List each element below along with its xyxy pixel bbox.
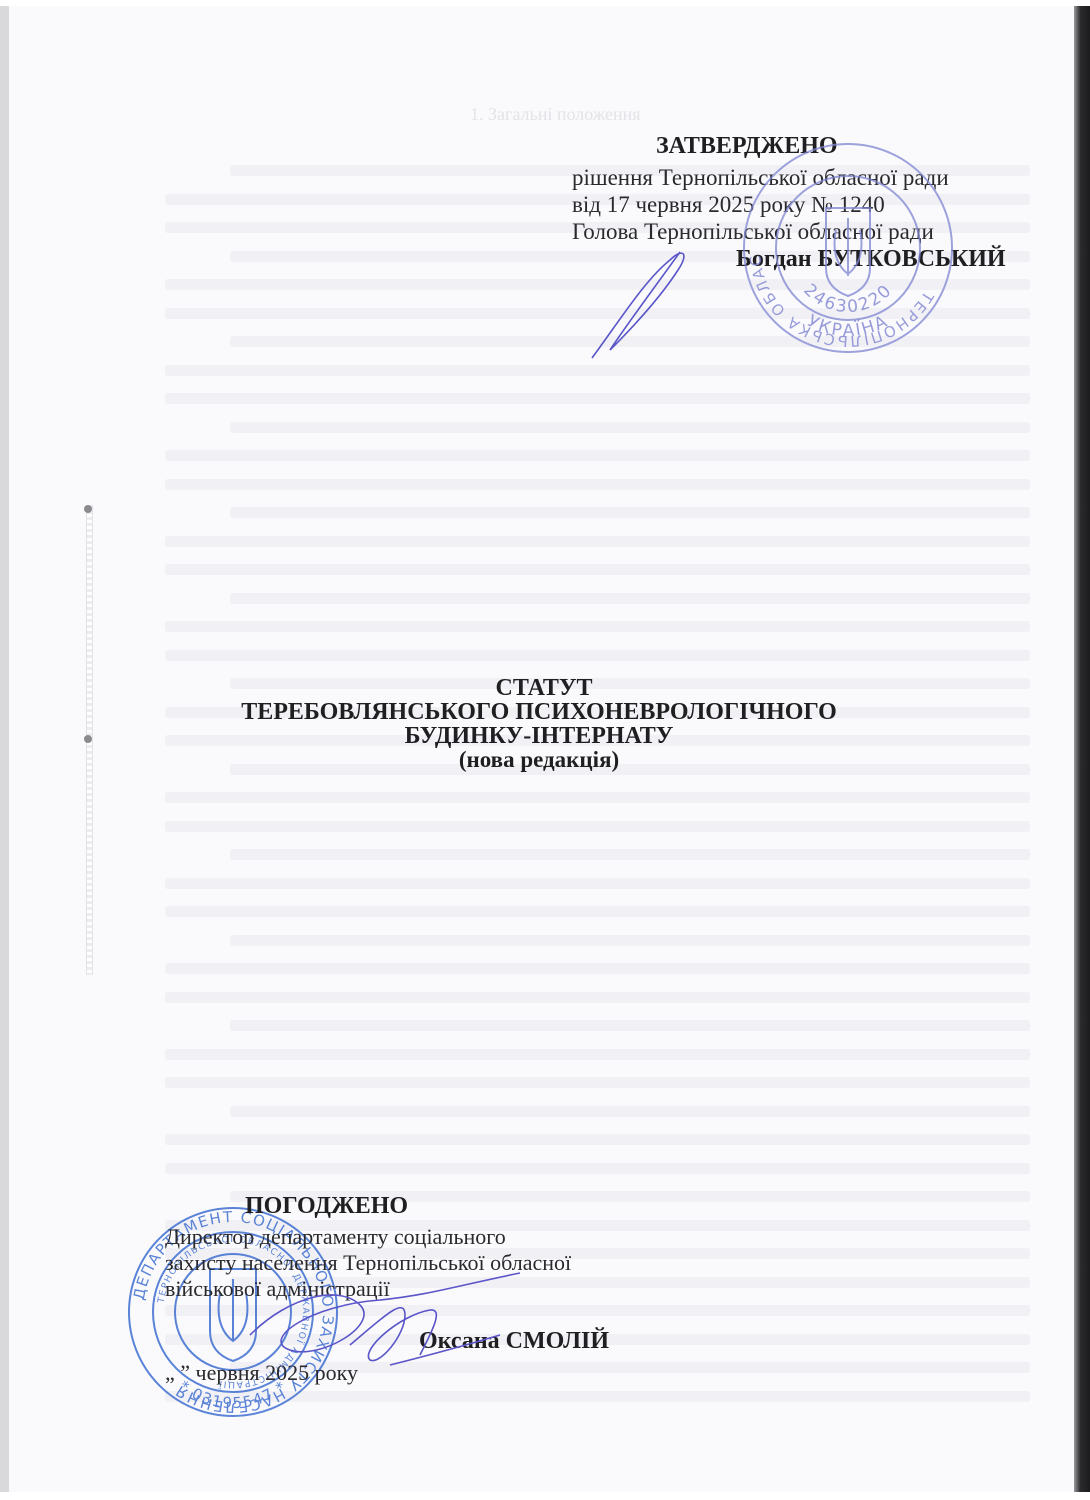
signature-icon bbox=[230, 1265, 530, 1375]
bleed-line bbox=[165, 450, 1030, 461]
bleed-line bbox=[165, 992, 1030, 1003]
bleed-line bbox=[165, 821, 1030, 832]
bleed-line bbox=[165, 792, 1030, 803]
title-subtitle: (нова редакція) bbox=[0, 748, 1078, 772]
director-signature bbox=[230, 1265, 530, 1380]
bleed-heading: 1. Загальні положення bbox=[470, 104, 641, 125]
title-line: СТАТУТ bbox=[10, 676, 1078, 700]
bleed-line bbox=[165, 1134, 1030, 1145]
bleed-line bbox=[230, 1020, 1030, 1031]
document-title: СТАТУТ ТЕРЕБОВЛЯНСЬКОГО ПСИХОНЕВРОЛОГІЧН… bbox=[0, 676, 1078, 772]
bleed-line bbox=[165, 536, 1030, 547]
bleed-line bbox=[165, 564, 1030, 575]
title-line: БУДИНКУ-ІНТЕРНАТУ bbox=[0, 724, 1078, 748]
bleed-line bbox=[165, 1049, 1030, 1060]
bleed-line bbox=[165, 479, 1030, 490]
bleed-line bbox=[230, 593, 1030, 604]
agreement-caption: ПОГОДЖЕНО bbox=[245, 1193, 408, 1220]
bleed-line bbox=[165, 878, 1030, 889]
bleed-line bbox=[165, 1077, 1030, 1088]
bleed-line bbox=[230, 849, 1030, 860]
bleed-line bbox=[230, 422, 1030, 433]
bleed-line bbox=[165, 1163, 1030, 1174]
bleed-line bbox=[230, 1106, 1030, 1117]
binding-knot bbox=[84, 505, 92, 513]
bleed-line bbox=[165, 650, 1030, 661]
chairman-signature bbox=[590, 240, 710, 365]
council-stamp: ТЕРНОПІЛЬСЬКА ОБЛАСНА РАДА 24630220 УКРА… bbox=[738, 138, 958, 358]
title-line: ТЕРЕБОВЛЯНСЬКОГО ПСИХОНЕВРОЛОГІЧНОГО bbox=[0, 700, 1078, 724]
bleed-line bbox=[165, 906, 1030, 917]
bleed-line bbox=[165, 621, 1030, 632]
bleed-line bbox=[230, 507, 1030, 518]
bleed-line bbox=[165, 963, 1030, 974]
bleed-line bbox=[165, 365, 1030, 376]
bleed-line bbox=[230, 935, 1030, 946]
bleed-line bbox=[165, 393, 1030, 404]
council-stamp-icon: ТЕРНОПІЛЬСЬКА ОБЛАСНА РАДА 24630220 УКРА… bbox=[738, 138, 958, 358]
signature-icon bbox=[590, 240, 710, 360]
agreement-line: Директор департаменту соціального bbox=[165, 1224, 506, 1250]
